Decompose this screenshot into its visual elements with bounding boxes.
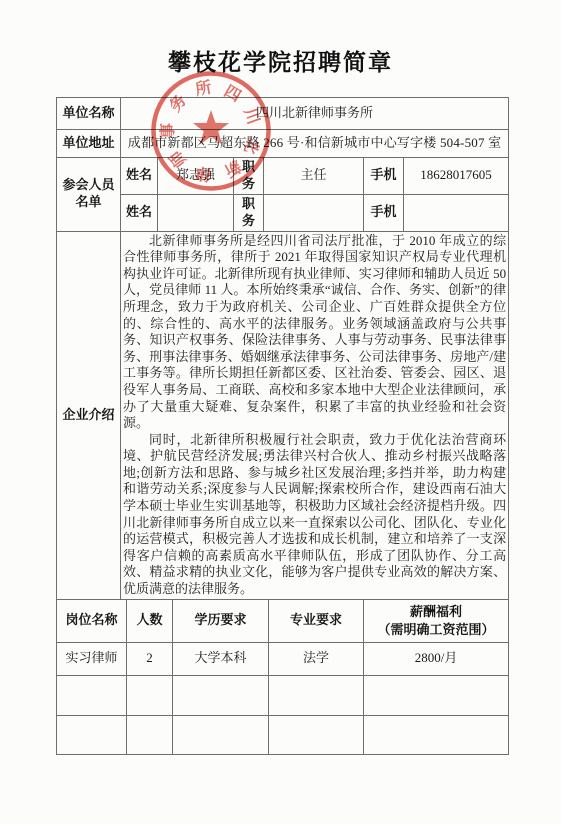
page-title: 攀枝花学院招聘简章 xyxy=(0,0,561,79)
table-row: 参会人员名单 姓名 郑志强 职务 主任 手机 18628017605 xyxy=(57,158,509,195)
intro-paragraph-2: 同时，北新律所积极履行社会职责，致力于优化法治营商环境、护航民营经济发展;勇法律… xyxy=(123,432,506,598)
unit-address-value: 成都市新都区马超东路 266 号·和信新城市中心写字楼 504-507 室 xyxy=(121,130,509,158)
attendee-duty-value xyxy=(264,194,364,231)
job-header-major: 专业要求 xyxy=(269,599,364,642)
company-intro-text: 北新律师事务所是经四川省司法厅批准，于 2010 年成立的综合性律师事务所，律所… xyxy=(121,231,509,599)
job-major xyxy=(269,715,364,754)
job-salary xyxy=(364,715,509,754)
job-position: 实习律师 xyxy=(57,642,127,675)
attendees-label: 参会人员名单 xyxy=(57,158,121,232)
name-label: 姓名 xyxy=(121,158,158,195)
unit-address-label: 单位地址 xyxy=(57,130,121,158)
unit-name-label: 单位名称 xyxy=(57,98,121,130)
job-education xyxy=(173,715,269,754)
job-header-count: 人数 xyxy=(127,599,173,642)
job-major xyxy=(269,675,364,715)
job-education: 大学本科 xyxy=(173,642,269,675)
intro-paragraph-1: 北新律师事务所是经四川省司法厅批准，于 2010 年成立的综合性律师事务所，律所… xyxy=(123,233,506,432)
job-position xyxy=(57,715,127,754)
job-major: 法学 xyxy=(269,642,364,675)
duty-label: 职务 xyxy=(234,158,264,195)
attendee-name-value: 郑志强 xyxy=(158,158,234,195)
job-header-salary: 薪酬福利 （需明确工资范围） xyxy=(364,599,509,642)
table-row: 单位名称 四川北新律师事务所 xyxy=(57,98,509,130)
job-salary: 2800/月 xyxy=(364,642,509,675)
phone-label: 手机 xyxy=(364,158,404,195)
table-row xyxy=(57,715,509,754)
name-label: 姓名 xyxy=(121,194,158,231)
attendee-name-value xyxy=(158,194,234,231)
table-row: 单位地址 成都市新都区马超东路 266 号·和信新城市中心写字楼 504-507… xyxy=(57,130,509,158)
recruitment-form-table: 单位名称 四川北新律师事务所 单位地址 成都市新都区马超东路 266 号·和信新… xyxy=(56,97,509,755)
table-row: 岗位名称 人数 学历要求 专业要求 薪酬福利 （需明确工资范围） xyxy=(57,599,509,642)
attendee-phone-value: 18628017605 xyxy=(404,158,509,195)
table-row: 姓名 职务 手机 xyxy=(57,194,509,231)
unit-name-value: 四川北新律师事务所 xyxy=(121,98,509,130)
table-row: 企业介绍 北新律师事务所是经四川省司法厅批准，于 2010 年成立的综合性律师事… xyxy=(57,231,509,599)
attendee-duty-value: 主任 xyxy=(264,158,364,195)
job-header-education: 学历要求 xyxy=(173,599,269,642)
job-count xyxy=(127,715,173,754)
table-row: 实习律师 2 大学本科 法学 2800/月 xyxy=(57,642,509,675)
table-row xyxy=(57,675,509,715)
job-education xyxy=(173,675,269,715)
job-count xyxy=(127,675,173,715)
company-intro-label: 企业介绍 xyxy=(57,231,121,599)
job-header-position: 岗位名称 xyxy=(57,599,127,642)
svg-text:所: 所 xyxy=(194,77,213,98)
phone-label: 手机 xyxy=(364,194,404,231)
job-position xyxy=(57,675,127,715)
attendee-phone-value xyxy=(404,194,509,231)
duty-label: 职务 xyxy=(234,194,264,231)
scanned-recruitment-document: 攀枝花学院招聘简章 单位名称 四川北新律师事务所 单位地址 成都市新都区马超东路… xyxy=(0,0,561,824)
job-salary xyxy=(364,675,509,715)
job-count: 2 xyxy=(127,642,173,675)
